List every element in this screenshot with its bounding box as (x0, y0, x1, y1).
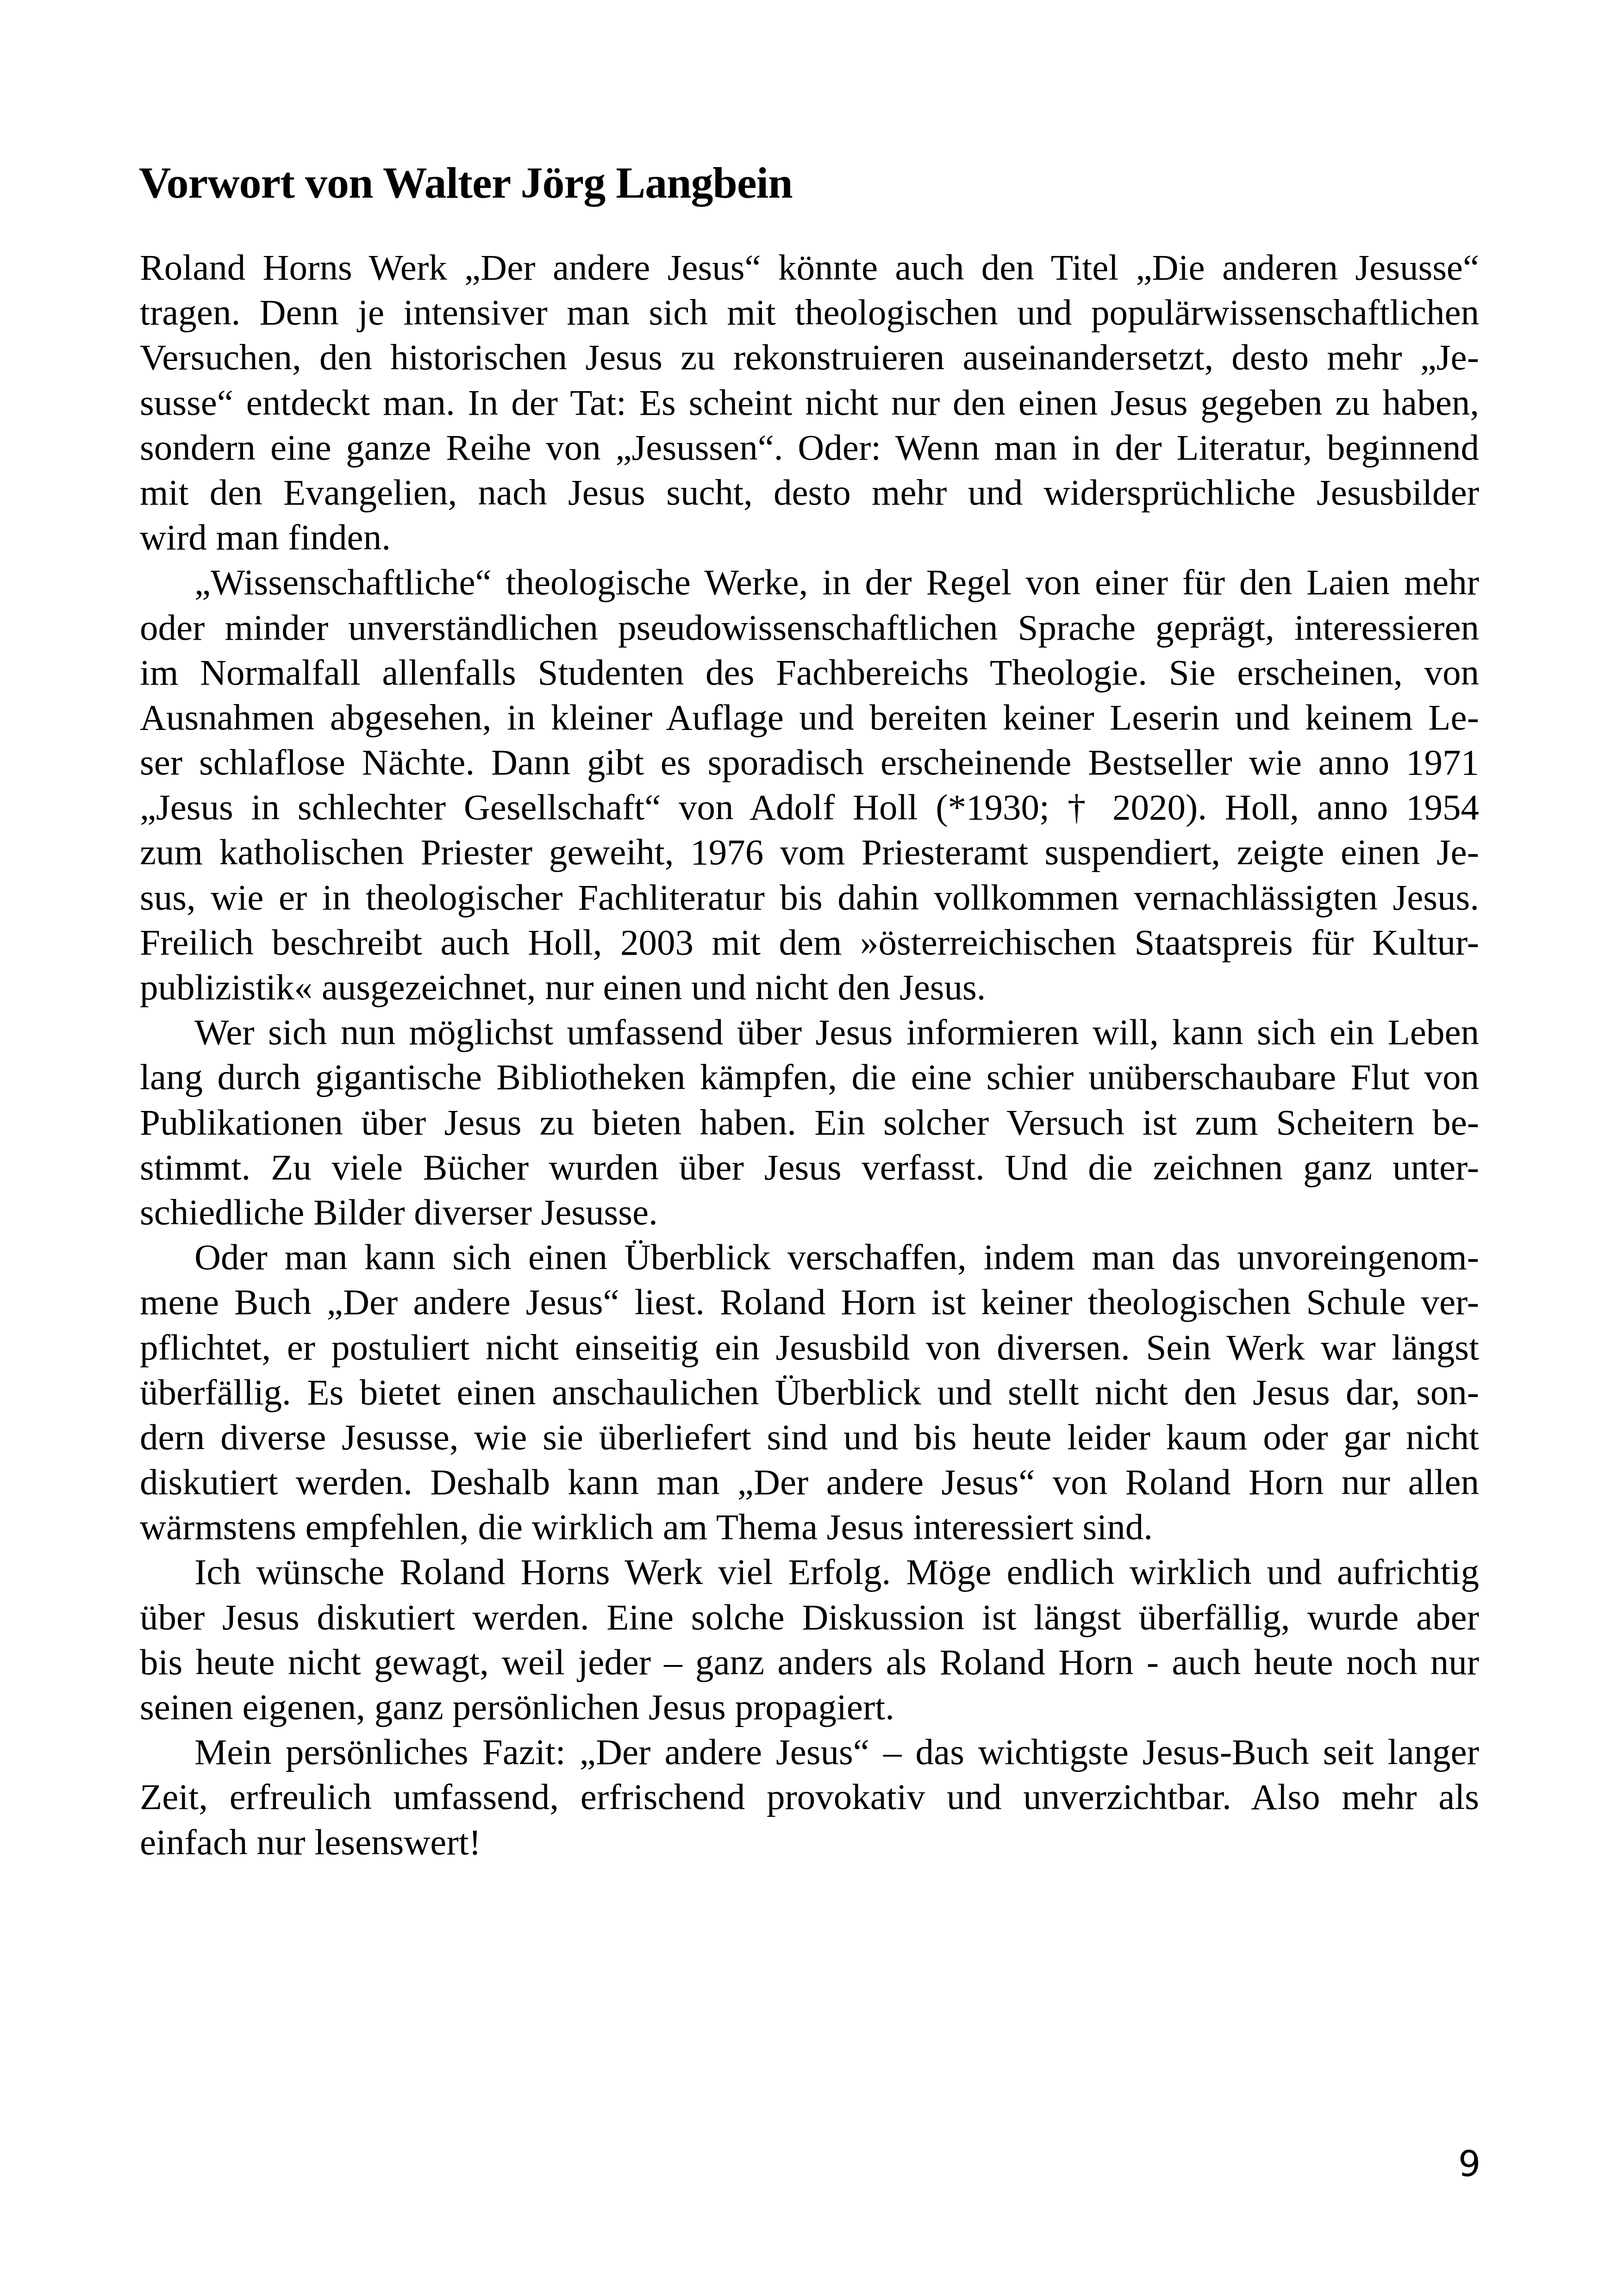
text-line: Versuchen, den historischen Jesus zu rek… (140, 335, 1479, 380)
paragraph-5: Ich wünsche Roland Horns Werk viel Erfol… (140, 1550, 1479, 1730)
text-line: pflichtet, er postuliert nicht einseitig… (140, 1325, 1479, 1370)
paragraph-2: „Wissenschaftliche“ theologische Werke, … (140, 560, 1479, 1010)
text-line: diskutiert werden. Deshalb kann man „Der… (140, 1460, 1479, 1505)
text-line: mit den Evangelien, nach Jesus sucht, de… (140, 470, 1479, 515)
paragraph-4: Oder man kann sich einen Überblick versc… (140, 1235, 1479, 1550)
text-line: Publikationen über Jesus zu bieten haben… (140, 1100, 1479, 1145)
text-line: Oder man kann sich einen Überblick versc… (140, 1235, 1479, 1280)
text-line: ser schlaflose Nächte. Dann gibt es spor… (140, 740, 1479, 785)
text-line: Ich wünsche Roland Horns Werk viel Erfol… (140, 1550, 1479, 1595)
text-line: Mein persönliches Fazit: „Der andere Jes… (140, 1730, 1479, 1775)
page-number: 9 (1458, 2143, 1480, 2185)
text-line: dern diverse Jesusse, wie sie überliefer… (140, 1415, 1479, 1460)
text-line: schiedliche Bilder diverser Jesusse. (140, 1190, 1479, 1235)
document-page: Vorwort von Walter Jörg Langbein Roland … (0, 0, 1624, 2295)
text-line: tragen. Denn je intensiver man sich mit … (140, 290, 1479, 335)
paragraph-6: Mein persönliches Fazit: „Der andere Jes… (140, 1730, 1479, 1865)
text-line: überfällig. Es bietet einen anschauliche… (140, 1370, 1479, 1415)
paragraph-1: Roland Horns Werk „Der andere Jesus“ kön… (140, 245, 1479, 560)
text-line: seinen eigenen, ganz persönlichen Jesus … (140, 1685, 1479, 1730)
text-line: Freilich beschreibt auch Holl, 2003 mit … (140, 920, 1479, 965)
text-line: Roland Horns Werk „Der andere Jesus“ kön… (140, 245, 1479, 290)
text-line: sondern eine ganze Reihe von „Jesussen“.… (140, 425, 1479, 470)
text-line: publizistik« ausgezeichnet, nur einen un… (140, 965, 1479, 1010)
text-line: wird man finden. (140, 515, 1479, 560)
paragraph-3: Wer sich nun möglichst umfassend über Je… (140, 1010, 1479, 1235)
text-line: Ausnahmen abgesehen, in kleiner Auflage … (140, 695, 1479, 740)
text-line: wärmstens empfehlen, die wirklich am The… (140, 1505, 1479, 1550)
text-line: mene Buch „Der andere Jesus“ liest. Rola… (140, 1280, 1479, 1325)
text-line: susse“ entdeckt man. In der Tat: Es sche… (140, 380, 1479, 425)
text-line: im Normalfall allenfalls Studenten des F… (140, 650, 1479, 695)
text-line: oder minder unverständlichen pseudowisse… (140, 605, 1479, 650)
text-line: lang durch gigantische Bibliotheken kämp… (140, 1055, 1479, 1100)
text-line: bis heute nicht gewagt, weil jeder – gan… (140, 1640, 1479, 1685)
text-line: einfach nur lesenswert! (140, 1820, 1479, 1865)
text-line: stimmt. Zu viele Bücher wurden über Jesu… (140, 1145, 1479, 1190)
text-line: zum katholischen Priester geweiht, 1976 … (140, 830, 1479, 875)
body-text: Roland Horns Werk „Der andere Jesus“ kön… (140, 245, 1479, 1865)
text-line: sus, wie er in theologischer Fachliterat… (140, 875, 1479, 920)
chapter-heading: Vorwort von Walter Jörg Langbein (139, 155, 793, 211)
text-line: Zeit, erfreulich umfassend, erfrischend … (140, 1775, 1479, 1820)
text-line: über Jesus diskutiert werden. Eine solch… (140, 1595, 1479, 1640)
text-line: „Jesus in schlechter Gesellschaft“ von A… (140, 785, 1479, 830)
text-line: „Wissenschaftliche“ theologische Werke, … (140, 560, 1479, 605)
text-line: Wer sich nun möglichst umfassend über Je… (140, 1010, 1479, 1055)
